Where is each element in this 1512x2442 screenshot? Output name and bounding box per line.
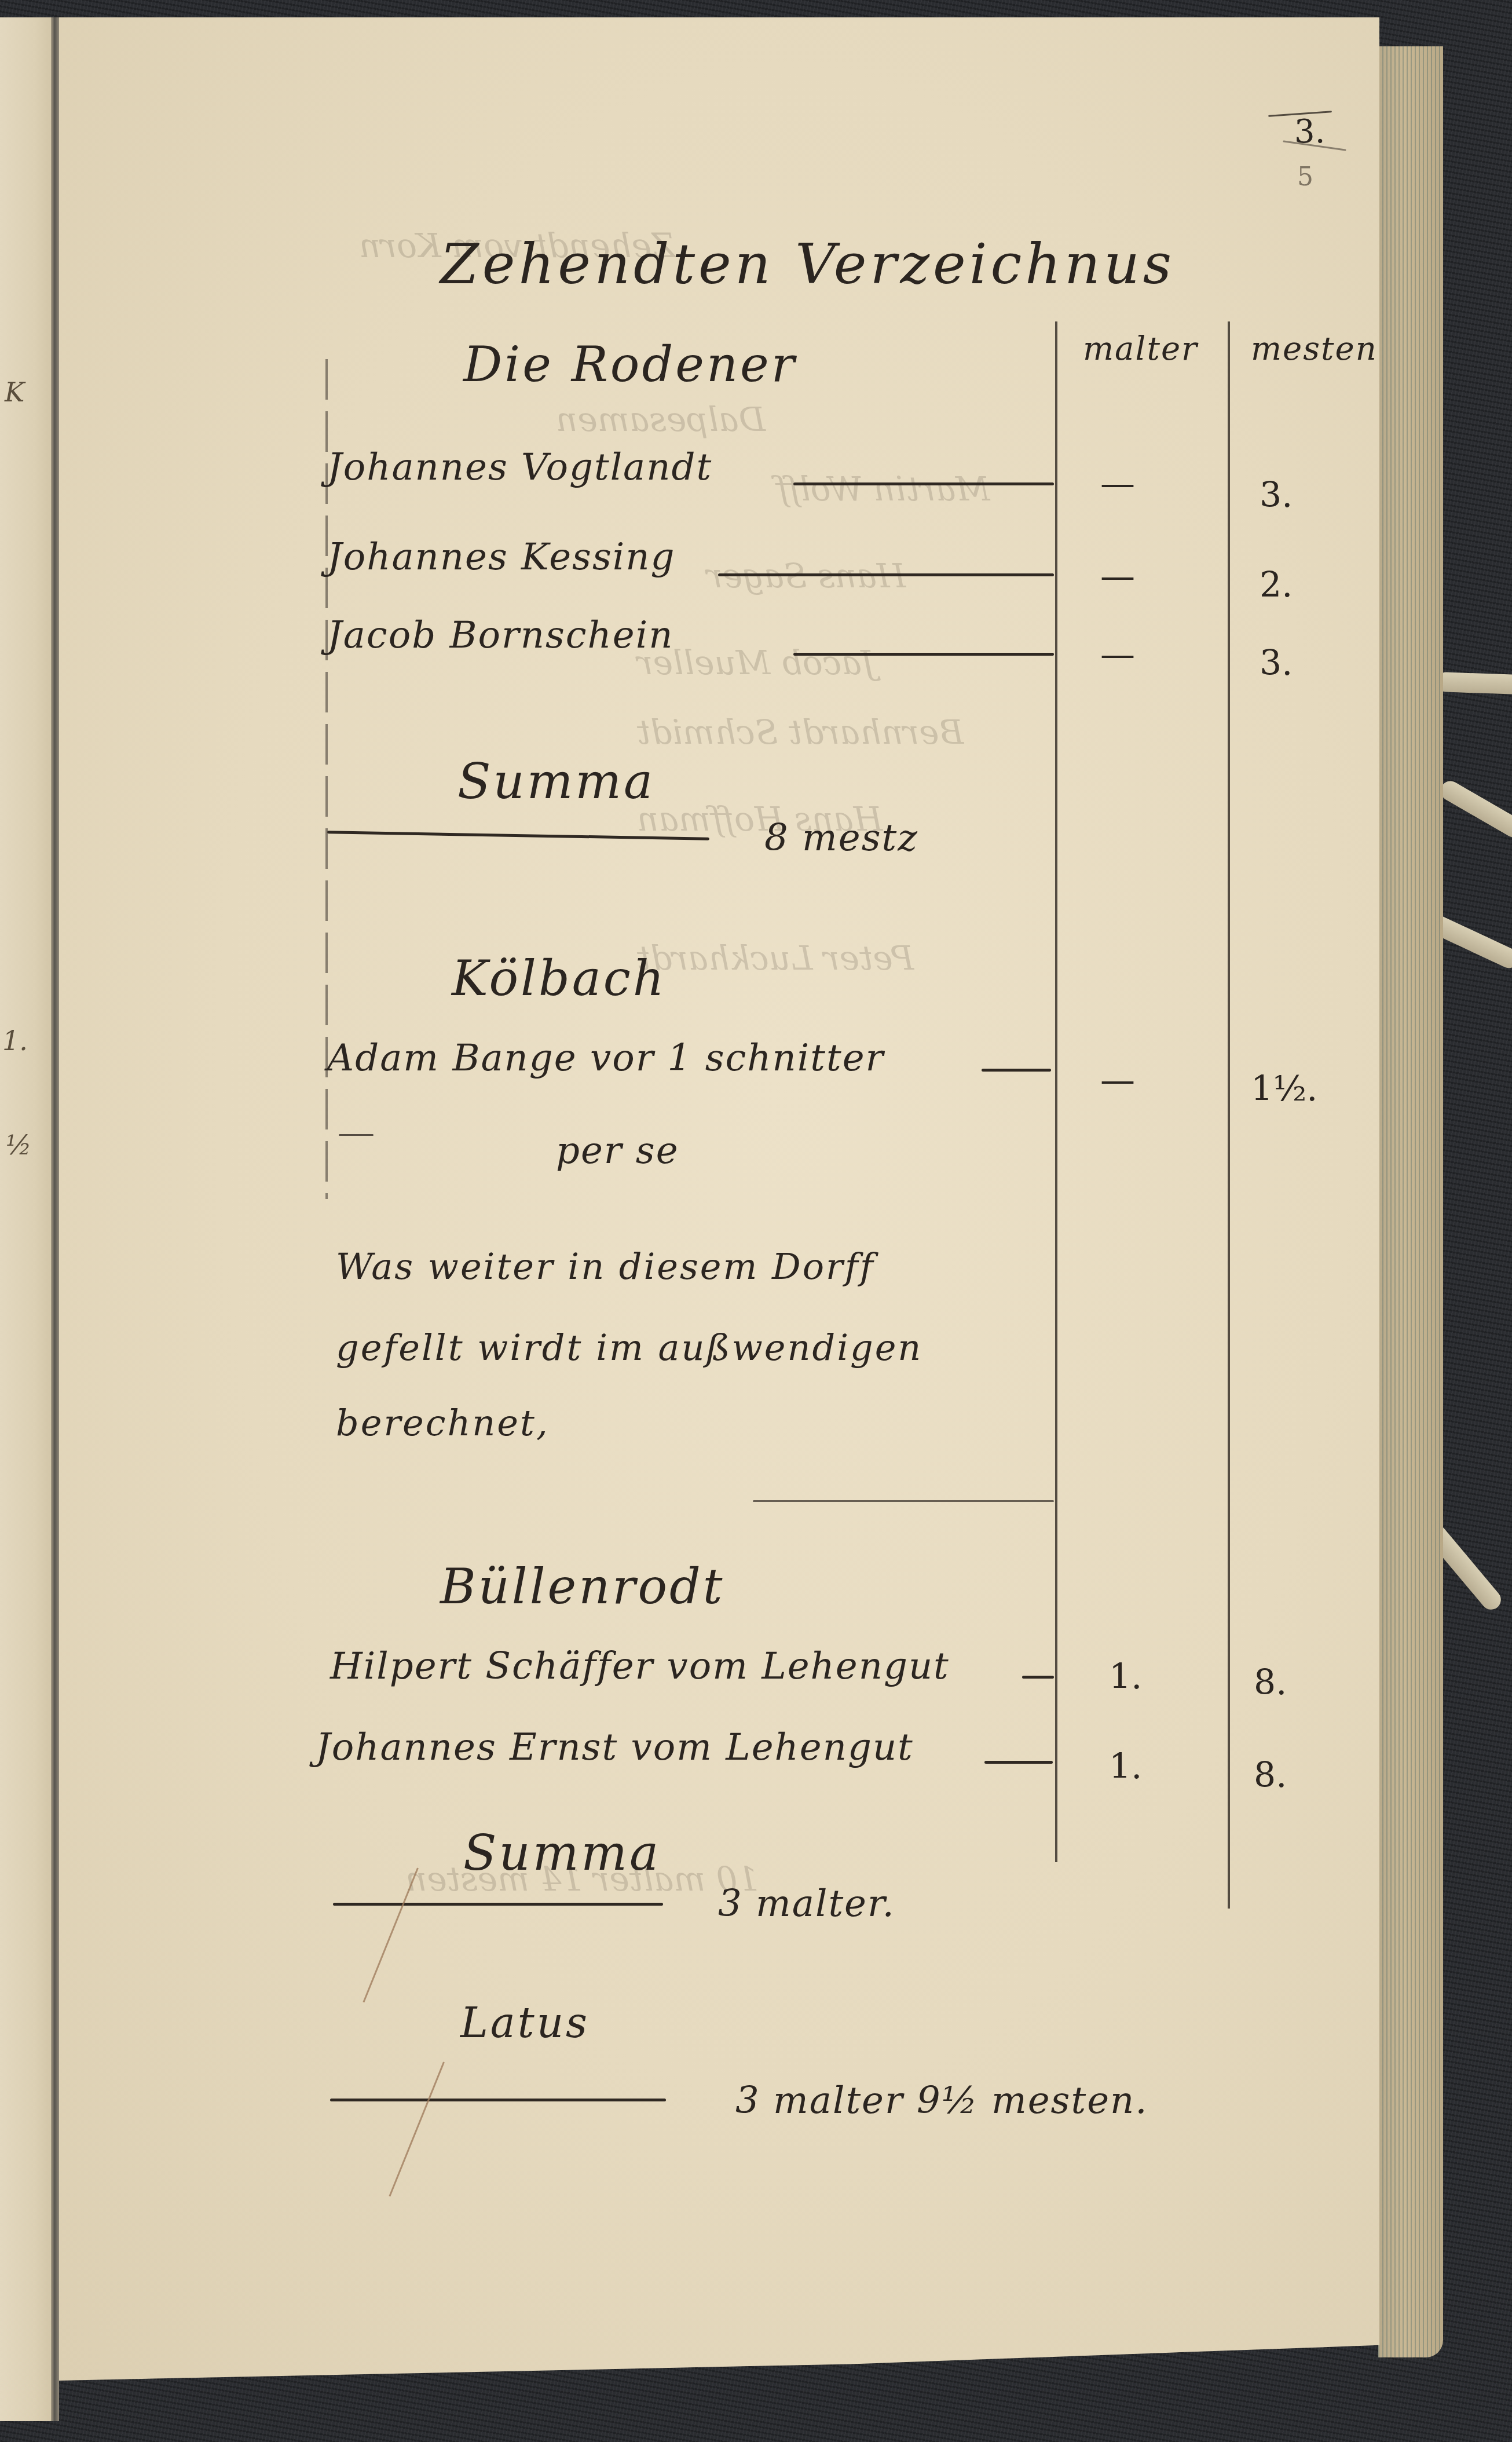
section-heading-rodener: Die Rodener <box>463 336 797 393</box>
entry-name: Jacob Bornschein <box>327 614 673 657</box>
entry-leader-line <box>984 1761 1053 1764</box>
entry-malter: 1. <box>1109 1746 1142 1787</box>
entry-mesten: 2. <box>1260 565 1293 605</box>
entry-malter: — <box>1100 1060 1135 1101</box>
bleed-through-text: Dalpesamen <box>556 400 766 439</box>
section-heading-buellenrodt: Büllenrodt <box>440 1558 725 1615</box>
column-rule-mesten <box>1228 321 1230 1909</box>
entry-leader-line <box>982 1069 1051 1072</box>
column-header-mesten: mesten <box>1251 330 1378 368</box>
column-rule-malter <box>1055 321 1057 1862</box>
summa-rule <box>333 1903 663 1906</box>
page-block-edge <box>1378 46 1443 2357</box>
column-header-malter: malter <box>1083 330 1198 368</box>
latus-label: Latus <box>460 1998 590 2047</box>
entry-name: Johannes Kessing <box>327 536 675 579</box>
entry-name: Hilpert Schäffer vom Lehengut <box>330 1645 950 1688</box>
entry-malter: — <box>1100 463 1135 504</box>
entry-leader-line <box>718 573 1054 576</box>
page-title: Zehendten Verzeichnus <box>440 232 1175 297</box>
entry-leader-line <box>793 653 1054 656</box>
per-se-label: per se <box>556 1129 679 1172</box>
section-divider <box>753 1500 1054 1502</box>
summa-label: Summa <box>457 753 655 810</box>
note-line: berechnet, <box>336 1402 550 1444</box>
note-line: gefellt wirdt im außwendigen <box>336 1326 922 1369</box>
left-page-mark: K <box>5 376 24 408</box>
left-page-fragment: K 1. ½ <box>0 17 58 2421</box>
bleed-through-text: Bernhardt Schmidt <box>637 712 964 752</box>
book-gutter <box>51 17 59 2421</box>
latus-value: 3 malter 9½ mesten. <box>735 2079 1148 2122</box>
bleed-through-text: Peter Luckhardt <box>637 938 914 978</box>
entry-leader-line <box>793 482 1054 485</box>
entry-malter: 1. <box>1109 1657 1142 1697</box>
entry-mesten: 3. <box>1260 643 1293 683</box>
entry-mesten: 1½. <box>1251 1069 1317 1109</box>
binding-string <box>1436 672 1512 695</box>
entry-malter: — <box>1100 556 1135 597</box>
bleed-through-text: Martin Wolff <box>776 469 990 509</box>
entry-mesten: 3. <box>1260 475 1293 516</box>
entry-name: Johannes Vogtlandt <box>327 446 712 489</box>
latus-rule <box>330 2099 666 2101</box>
note-line: Was weiter in diesem Dorff <box>336 1245 875 1288</box>
section-heading-koelbach: Kölbach <box>452 950 667 1007</box>
entry-leader-line <box>1022 1676 1054 1679</box>
entry-name: Adam Bange vor 1 schnitter <box>327 1037 884 1080</box>
per-se-dash <box>339 1134 374 1136</box>
entry-mesten: 8. <box>1254 1755 1287 1796</box>
entry-name: Johannes Ernst vom Lehengut <box>316 1726 914 1769</box>
left-page-mark: 1. <box>2 1025 28 1057</box>
summa-value: 8 mestz <box>764 817 918 860</box>
left-page-mark: ½ <box>6 1129 32 1161</box>
entry-mesten: 8. <box>1254 1662 1287 1703</box>
summa-value: 3 malter. <box>718 1882 895 1925</box>
folio-sub-mark: 5 <box>1297 162 1313 192</box>
entry-malter: — <box>1100 634 1135 675</box>
summa-label: Summa <box>463 1825 661 1881</box>
